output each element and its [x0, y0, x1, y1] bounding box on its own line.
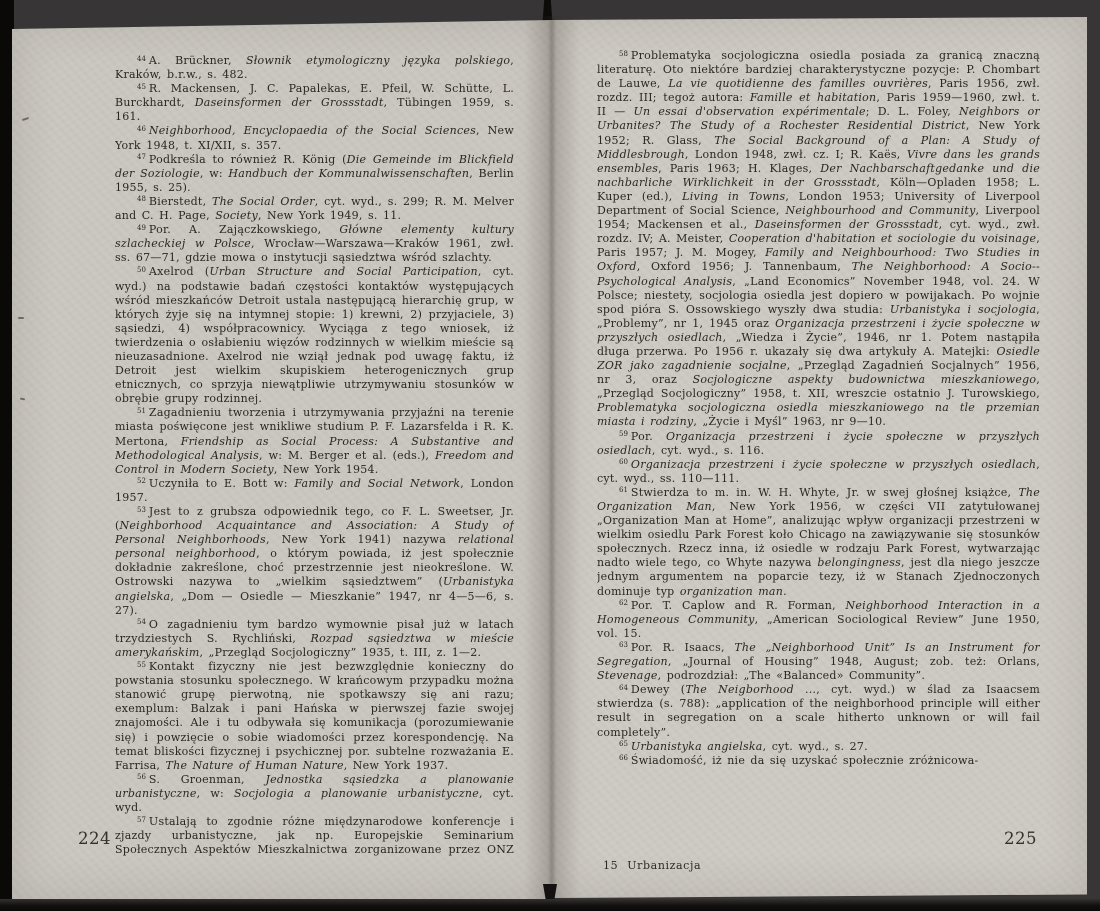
- footnote-text: , „Journal of Housing” 1948, August; zob…: [668, 655, 1040, 668]
- footnote-number: 63: [619, 641, 628, 649]
- cited-title: Stevenage: [597, 669, 658, 682]
- cited-title: Society: [215, 209, 258, 222]
- cited-title: Słownik etymologiczny języka polskiego: [246, 54, 510, 67]
- footnote-text: , New York 1941) nazywa: [266, 533, 458, 546]
- footnote-text: , w:: [197, 787, 234, 800]
- footnote-text: S. Groenman,: [149, 773, 266, 786]
- scanned-book-spread: 44A. Brückner, Słownik etymologiczny jęz…: [0, 0, 1100, 911]
- footnote-text: Podkreśla to również R. König (: [149, 153, 347, 166]
- footnote-number: 56: [137, 773, 146, 781]
- footnote-45: 45R. Mackensen, J. C. Papalekas, E. Pfei…: [115, 82, 514, 124]
- cited-title: Neighborhood, Encyclopaedia of the Socia…: [149, 124, 476, 137]
- footnote-number: 45: [137, 83, 146, 91]
- cited-title: The Neigborhood ...: [685, 683, 816, 696]
- cited-title: Handbuch der Kommunalwissenschaften: [228, 167, 469, 180]
- footnote-text: Kontakt fizyczny nie jest bezwzględnie k…: [115, 660, 514, 772]
- margin-mark: [18, 317, 24, 319]
- footnote-text: Świadomość, iż nie da się uzyskać społec…: [631, 754, 979, 767]
- footnote-number: 64: [619, 684, 628, 692]
- footnote-58: 58Problematyka socjologiczna osiedla pos…: [597, 49, 1040, 430]
- printers-signature: 15 Urbanizacja: [603, 859, 701, 872]
- footnote-60: 60Organizacja przestrzeni i życie społec…: [597, 458, 1040, 486]
- cited-title: Neighbourhood and Community: [786, 204, 976, 217]
- footnote-text: , Paris 1963; H. Klages,: [658, 162, 820, 175]
- footnote-63: 63Por. R. Isaacs, The „Neighborhood Unit…: [597, 641, 1040, 683]
- right-page: 58Problematyka socjologiczna osiedla pos…: [552, 16, 1087, 898]
- footnote-text: , w: M. Berger et al. (eds.),: [259, 449, 435, 462]
- left-footnotes-column: 44A. Brückner, Słownik etymologiczny jęz…: [115, 54, 514, 856]
- footnote-51: 51Zagadnieniu tworzenia i utrzymywania p…: [115, 406, 514, 476]
- footnote-text: Ustalają to zgodnie różne międzynarodowe…: [115, 815, 514, 856]
- footnote-number: 44: [137, 55, 146, 63]
- footnote-text: , „Życie i Myśl” 1963, nr 9—10.: [693, 415, 886, 428]
- footnote-number: 49: [137, 224, 146, 232]
- footnote-text: , „Dom — Osiedle — Mieszkanie” 1947, nr …: [115, 590, 514, 617]
- footnote-53: 53Jest to z grubsza odpowiednik tego, co…: [115, 505, 514, 618]
- footnote-text: , „Przegląd Socjologiczny” 1935, t. III,…: [200, 646, 482, 659]
- footnote-52: 52Uczyniła to E. Bott w: Family and Soci…: [115, 477, 514, 505]
- footnote-55: 55Kontakt fizyczny nie jest bezwzględnie…: [115, 660, 514, 773]
- footnote-text: , cyt. wyd., s. 116.: [652, 444, 764, 457]
- footnote-text: Uczyniła to E. Bott w:: [149, 477, 294, 490]
- cited-title: The Social Order: [212, 195, 315, 208]
- footnote-48: 48Bierstedt, The Social Order, cyt. wyd.…: [115, 195, 514, 223]
- footnote-number: 62: [619, 599, 628, 607]
- footnote-number: 55: [137, 661, 146, 669]
- footnote-text: , London 1948, zwł. cz. I; R. Kaës,: [685, 148, 907, 161]
- footnote-number: 46: [137, 125, 146, 133]
- footnote-47: 47Podkreśla to również R. König (Die Gem…: [115, 153, 514, 195]
- cited-title: Cooperation d'habitation et sociologie d…: [729, 232, 1036, 245]
- footnote-text: , Oxford 1956; J. Tannenbaum,: [637, 260, 852, 273]
- footnote-44: 44A. Brückner, Słownik etymologiczny jęz…: [115, 54, 514, 82]
- cited-title: Urbanistyka i socjologia: [890, 303, 1036, 316]
- footnote-66: 66Świadomość, iż nie da się uzyskać społ…: [597, 754, 1040, 768]
- footnote-text: , New York 1937.: [344, 759, 449, 772]
- scan-left-black-edge: [0, 0, 14, 911]
- footnote-61: 61Stwierdza to m. in. W. H. Whyte, Jr. w…: [597, 486, 1040, 599]
- footnote-number: 52: [137, 477, 146, 485]
- footnote-54: 54O zagadnieniu tym bardzo wymownie pisa…: [115, 618, 514, 660]
- footnote-number: 47: [137, 153, 146, 161]
- left-page: 44A. Brückner, Słownik etymologiczny jęz…: [12, 20, 552, 900]
- page-number-left: 224: [78, 829, 111, 848]
- cited-title: Daseinsformen der Grossstadt: [195, 96, 384, 109]
- footnote-text: , New York 1954.: [274, 463, 379, 476]
- cited-title: belongingness: [817, 556, 901, 569]
- footnote-57: 57Ustalają to zgodnie różne międzynarodo…: [115, 815, 514, 856]
- cited-title: Socjologiczne aspekty budownictwa mieszk…: [693, 373, 1037, 386]
- footnote-text: Axelrod (: [149, 265, 209, 278]
- footnote-text: Por. A. Zajączkowskiego,: [149, 223, 339, 236]
- cited-title: Urban Structure and Social Participation: [209, 265, 477, 278]
- footnote-46: 46Neighborhood, Encyclopaedia of the Soc…: [115, 124, 514, 152]
- footnote-text: , w:: [200, 167, 228, 180]
- cited-title: Daseinsformen der Grossstadt: [755, 218, 939, 231]
- footnote-text: Dewey (: [631, 683, 685, 696]
- footnote-number: 66: [619, 754, 628, 762]
- cited-title: organization man: [680, 585, 783, 598]
- footnote-text: , cyt. wyd.) na podstawie badań częstośc…: [115, 265, 514, 405]
- footnote-number: 61: [619, 486, 628, 494]
- cited-title: Living in Towns: [682, 190, 785, 203]
- cited-title: Un essai d'observation expérimentale: [634, 105, 866, 118]
- scan-bottom-black-edge: [0, 899, 1100, 911]
- cited-title: The Nature of Human Nature: [166, 759, 344, 772]
- footnote-number: 54: [137, 618, 146, 626]
- footnote-62: 62Por. T. Caplow and R. Forman, Neighbor…: [597, 599, 1040, 641]
- right-footnotes-column: 58Problematyka socjologiczna osiedla pos…: [597, 49, 1040, 855]
- page-number-right: 225: [1004, 829, 1037, 848]
- footnote-text: , New York 1949, s. 11.: [258, 209, 401, 222]
- footnote-text: , cyt. wyd., s. 27.: [763, 740, 868, 753]
- footnote-50: 50Axelrod (Urban Structure and Social Pa…: [115, 265, 514, 406]
- cited-title: Socjologia a planowanie urbanistyczne: [234, 787, 479, 800]
- cited-title: Urbanistyka angielska: [631, 740, 763, 753]
- footnote-56: 56S. Groenman, Jednostka sąsiedzka a pla…: [115, 773, 514, 815]
- footnote-number: 48: [137, 195, 146, 203]
- footnote-text: Por. R. Isaacs,: [631, 641, 734, 654]
- footnote-text: , podrozdział: „The «Balanced» Community…: [658, 669, 926, 682]
- footnote-number: 51: [137, 407, 146, 415]
- cited-title: Family and Social Network: [294, 477, 460, 490]
- footnote-text: Por. T. Caplow and R. Forman,: [631, 599, 846, 612]
- footnote-64: 64Dewey (The Neigborhood ..., cyt. wyd.)…: [597, 683, 1040, 739]
- footnote-text: Por.: [631, 430, 666, 443]
- cited-title: Organizacja przestrzeni i życie społeczn…: [631, 458, 1036, 471]
- footnote-text: Bierstedt,: [149, 195, 212, 208]
- footnote-number: 60: [619, 458, 628, 466]
- footnote-49: 49Por. A. Zajączkowskiego, Główne elemen…: [115, 223, 514, 265]
- footnote-text: ; D. L. Foley,: [866, 105, 959, 118]
- footnote-number: 57: [137, 816, 146, 824]
- footnote-number: 53: [137, 506, 146, 514]
- footnote-text: Stwierdza to m. in. W. H. Whyte, Jr. w s…: [631, 486, 1018, 499]
- footnote-number: 50: [137, 266, 146, 274]
- footnote-65: 65Urbanistyka angielska, cyt. wyd., s. 2…: [597, 740, 1040, 754]
- footnote-text: .: [783, 585, 787, 598]
- footnote-number: 65: [619, 740, 628, 748]
- cited-title: La vie quotidienne des familles ouvrière…: [668, 77, 928, 90]
- footnote-number: 59: [619, 430, 628, 438]
- footnote-number: 58: [619, 50, 628, 58]
- footnote-59: 59Por. Organizacja przestrzeni i życie s…: [597, 430, 1040, 458]
- cited-title: Famille et habitation: [750, 91, 876, 104]
- footnote-text: A. Brückner,: [149, 54, 246, 67]
